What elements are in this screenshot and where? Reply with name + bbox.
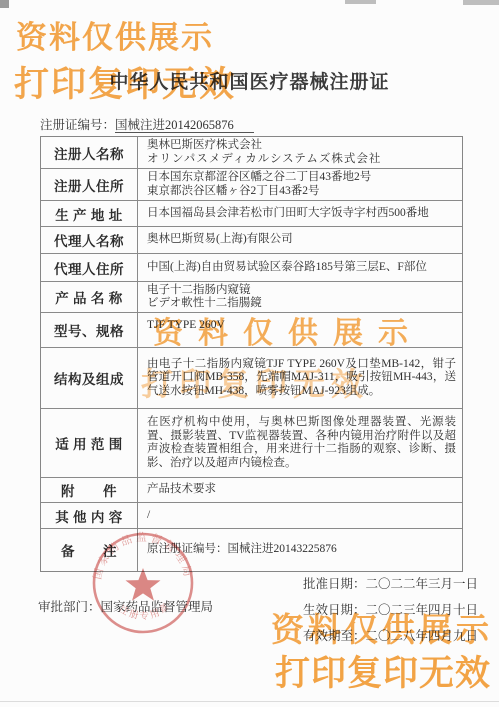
row-label: 附 件: [41, 478, 138, 502]
table-row-agent-address: 代理人住所 中国(上海)自由贸易试验区泰谷路185号第三层E、F部位: [41, 254, 462, 282]
cert-number-value: 国械注进20142065876: [115, 118, 254, 133]
approval-date-line: 批准日期：二〇二二年三月一日: [303, 574, 478, 592]
content-paragraph: 在医疗机构中使用，与奥林巴斯图像处理器装置、光源装置、摄影装置、TV监视器装置、…: [147, 416, 456, 470]
row-content: /: [138, 503, 462, 528]
watermark-display-only-top: 资料仅供展示: [16, 12, 214, 57]
scan-edge-line: [0, 701, 499, 702]
scan-artifact: [0, 0, 9, 8]
cert-number-label: 注册证编号：: [40, 118, 115, 132]
table-row-production-address: 生 产 地 址 日本国福岛县会津若松市门田町大字饭寺字村西500番地: [41, 201, 462, 227]
row-content: 日本国东京都涩谷区幡之谷二丁目43番地2号 東京都渋谷区幡ヶ谷2丁目43番2号: [138, 169, 462, 200]
row-content: 奥林巴斯医疗株式会社 オリンパスメディカルシステムズ株式会社: [138, 137, 462, 168]
page-title: 中华人民共和国医疗器械注册证: [0, 67, 499, 94]
content-line: 电子十二指肠内窥镜: [147, 284, 456, 298]
row-content: 由电子十二指肠内窥镜TJF TYPE 260V及口垫MB-142，钳子管道开口阀…: [138, 348, 462, 408]
approval-department-label: 审批部门：: [38, 600, 101, 614]
approval-department-value: 国家药品监督管理局: [101, 600, 214, 614]
row-label: 代理人名称: [41, 227, 138, 253]
content-line: 产品技术要求: [147, 483, 456, 497]
expiry-date-value: 二〇二八年四月九日: [366, 629, 479, 643]
row-label: 注册人名称: [41, 137, 138, 168]
row-content: 在医疗机构中使用，与奥林巴斯图像处理器装置、光源装置、摄影装置、TV监视器装置、…: [138, 409, 462, 477]
row-content: TJF TYPE 260V: [138, 313, 462, 347]
row-label: 其 他 内 容: [41, 503, 138, 528]
table-row-attachment: 附 件 产品技术要求: [41, 478, 462, 503]
row-content: 中国(上海)自由贸易试验区泰谷路185号第三层E、F部位: [138, 254, 462, 281]
row-content: 电子十二指肠内窥镜 ビデオ軟性十二指腸鏡: [138, 282, 462, 312]
effective-date-value: 二〇二三年四月十日: [366, 603, 479, 617]
table-row-structure: 结构及组成 由电子十二指肠内窥镜TJF TYPE 260V及口垫MB-142，钳…: [41, 348, 462, 409]
row-content: 奥林巴斯贸易(上海)有限公司: [138, 227, 462, 253]
scan-artifact: [345, 0, 376, 4]
content-paragraph: 由电子十二指肠内窥镜TJF TYPE 260V及口垫MB-142，钳子管道开口阀…: [147, 358, 456, 399]
red-seal-stamp: 国家药品监督管理局 注册专用章: [90, 530, 196, 636]
scan-artifact: [463, 0, 499, 5]
content-line: /: [147, 509, 456, 523]
table-row-product-name: 产 品 名 称 电子十二指肠内窥镜 ビデオ軟性十二指腸鏡: [41, 282, 462, 313]
approval-date-label: 批准日期：: [303, 577, 366, 591]
certificate-page: 中华人民共和国医疗器械注册证 注册证编号：国械注进20142065876 注册人…: [0, 0, 499, 707]
footer-dates: 批准日期：二〇二二年三月一日 生效日期：二〇二三年四月十日 有效期至：二〇二八年…: [303, 574, 478, 652]
effective-date-line: 生效日期：二〇二三年四月十日: [303, 600, 478, 618]
approval-department-line: 审批部门：国家药品监督管理局: [38, 597, 213, 615]
table-row-agent-name: 代理人名称 奥林巴斯贸易(上海)有限公司: [41, 227, 462, 254]
table-row-scope: 适 用 范 围 在医疗机构中使用，与奥林巴斯图像处理器装置、光源装置、摄影装置、…: [41, 409, 462, 478]
row-label: 代理人住所: [41, 254, 138, 281]
row-label: 适 用 范 围: [41, 409, 138, 477]
table-row-registrant-name: 注册人名称 奥林巴斯医疗株式会社 オリンパスメディカルシステムズ株式会社: [41, 137, 462, 169]
content-line: オリンパスメディカルシステムズ株式会社: [147, 153, 456, 167]
seal-star-icon: [126, 568, 161, 601]
table-row-model-spec: 型号、规格 TJF TYPE 260V: [41, 313, 462, 348]
row-content: 产品技术要求: [138, 478, 462, 502]
certificate-table: 注册人名称 奥林巴斯医疗株式会社 オリンパスメディカルシステムズ株式会社 注册人…: [40, 136, 463, 572]
effective-date-label: 生效日期：: [303, 603, 366, 617]
row-content: 日本国福岛县会津若松市门田町大字饭寺字村西500番地: [138, 201, 462, 226]
content-line: TJF TYPE 260V: [147, 319, 456, 333]
content-line: 中国(上海)自由贸易试验区泰谷路185号第三层E、F部位: [147, 261, 456, 275]
row-label: 生 产 地 址: [41, 201, 138, 226]
expiry-date-label: 有效期至：: [303, 629, 366, 643]
content-line: 日本国东京都涩谷区幡之谷二丁目43番地2号: [147, 171, 456, 185]
row-label: 注册人住所: [41, 169, 138, 200]
content-line: ビデオ軟性十二指腸鏡: [147, 297, 456, 311]
expiry-date-line: 有效期至：二〇二八年四月九日: [303, 626, 478, 644]
content-line: 奥林巴斯医疗株式会社: [147, 139, 456, 153]
table-row-other: 其 他 内 容 /: [41, 503, 462, 529]
row-label: 产 品 名 称: [41, 282, 138, 312]
content-line: 東京都渋谷区幡ヶ谷2丁目43番2号: [147, 185, 456, 199]
table-row-registrant-address: 注册人住所 日本国东京都涩谷区幡之谷二丁目43番地2号 東京都渋谷区幡ヶ谷2丁目…: [41, 169, 462, 201]
content-line: 日本国福岛县会津若松市门田町大字饭寺字村西500番地: [147, 207, 456, 221]
watermark-print-invalid-bottom: 打印复印无效: [275, 646, 491, 696]
approval-date-value: 二〇二二年三月一日: [366, 577, 479, 591]
cert-number-line: 注册证编号：国械注进20142065876: [40, 115, 254, 133]
content-line: 奥林巴斯贸易(上海)有限公司: [147, 233, 456, 247]
row-label: 结构及组成: [41, 348, 138, 408]
row-label: 型号、规格: [41, 313, 138, 347]
